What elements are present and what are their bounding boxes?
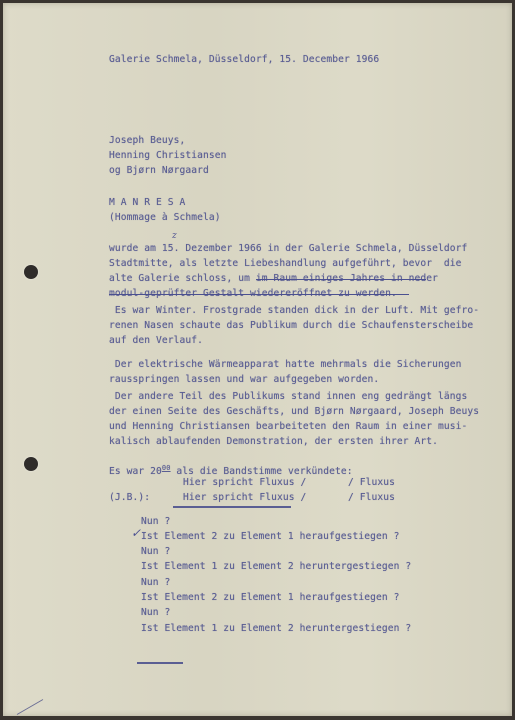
dialogue-line: Ist Element 1 zu Element 2 heruntergesti… (141, 561, 411, 572)
dialogue-line: Ist Element 2 zu Element 1 heraufgestieg… (141, 531, 400, 542)
paragraph2-line: auf den Verlauf. (109, 335, 203, 346)
paragraph3-line: rausspringen lassen und war aufgegeben w… (109, 374, 379, 385)
handwritten-correction: z (172, 231, 177, 241)
paragraph4-line: und Henning Christiansen bearbeiteten de… (109, 421, 467, 432)
dialogue-line: Ist Element 1 zu Element 2 heruntergesti… (141, 623, 411, 634)
punch-hole (24, 265, 38, 279)
paragraph4-line: kalisch ablaufenden Demonstration, der e… (109, 436, 438, 447)
handwritten-check-mark: ✓ (131, 526, 141, 540)
time-line: Es war 2000 als die Bandstimme verkündet… (109, 464, 353, 477)
strikethrough (256, 279, 426, 280)
pencil-mark (17, 699, 43, 715)
dialogue-line: Nun ? (141, 577, 170, 588)
fluxus-right: / Fluxus (348, 492, 395, 503)
paragraph3-line: Der elektrische Wärmeapparat hatte mehrm… (109, 359, 462, 370)
underline (173, 506, 291, 508)
speaker-label: (J.B.): (109, 492, 150, 503)
fluxus-right: / Fluxus (348, 477, 395, 488)
time-prefix: Es war 20 (109, 466, 162, 477)
fluxus-left: Hier spricht Fluxus / (183, 492, 306, 503)
strikethrough (109, 294, 409, 295)
punch-hole (24, 457, 38, 471)
document-subtitle: (Hommage à Schmela) (109, 212, 221, 223)
dialogue-line: Nun ? (141, 546, 170, 557)
closing-rule (137, 662, 183, 664)
dialogue-line: Nun ? (141, 516, 170, 527)
dialogue-line: Nun ? (141, 607, 170, 618)
document-title: M A N R E S A (109, 197, 185, 208)
letter-header: Galerie Schmela, Düsseldorf, 15. Decembe… (109, 54, 379, 65)
paragraph1-line: Stadtmitte, als letzte Liebeshandlung au… (109, 258, 462, 269)
paragraph1-line: wurde am 15. Dezember 1966 in der Galeri… (109, 243, 467, 254)
paragraph2-line: Es war Winter. Frostgrade standen dick i… (109, 305, 479, 316)
paragraph4-line: Der andere Teil des Publikums stand inne… (109, 391, 467, 402)
recipient-1: Joseph Beuys, (109, 135, 185, 146)
fluxus-left: Hier spricht Fluxus / (183, 477, 306, 488)
recipient-3: og Bjørn Nørgaard (109, 165, 209, 176)
paragraph4-line: der einen Seite des Geschäfts, und Bjørn… (109, 406, 479, 417)
paragraph2-line: renen Nasen schaute das Publikum durch d… (109, 320, 473, 331)
time-suffix: als die Bandstimme verkündete: (171, 466, 353, 477)
time-superscript: 00 (162, 464, 171, 472)
dialogue-line: Ist Element 2 zu Element 1 heraufgestieg… (141, 592, 400, 603)
document-page: Galerie Schmela, Düsseldorf, 15. Decembe… (3, 3, 512, 716)
recipient-2: Henning Christiansen (109, 150, 227, 161)
